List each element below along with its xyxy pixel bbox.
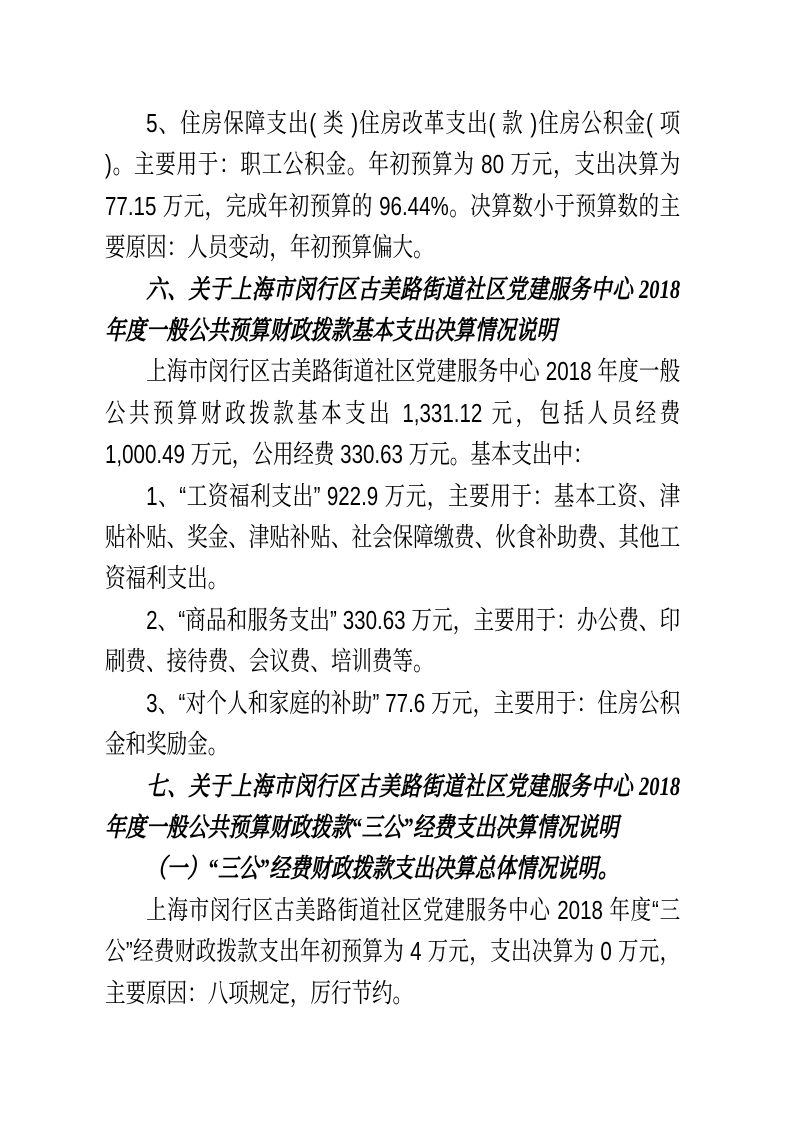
para-basic-expense-overview: 上海市闵行区古美路街道社区党建服务中心 2018 年度一般公共预算财政拨款基本支…	[105, 351, 680, 475]
para-individual-family-subsidy: 3、“对个人和家庭的补助” 77.6 万元，主要用于：住房公积金和奖励金。	[105, 683, 680, 766]
heading-section-seven-three-public-funds: 七、关于上海市闵行区古美路街道社区党建服务中心 2018 年度一般公共预算财政拨…	[105, 766, 680, 849]
heading-section-six-basic-expense: 六、关于上海市闵行区古美路街道社区党建服务中心 2018 年度一般公共预算财政拨…	[105, 269, 680, 352]
para-wage-welfare-expense: 1、“工资福利支出” 922.9 万元，主要用于：基本工资、津贴补贴、奖金、津贴…	[105, 476, 680, 600]
para-housing-security-expense: 5、住房保障支出( 类 )住房改革支出( 款 )住房公积金( 项 )。主要用于：…	[105, 103, 680, 269]
document-text-block: 5、住房保障支出( 类 )住房改革支出( 款 )住房公积金( 项 )。主要用于：…	[105, 103, 680, 1014]
document-page: 5、住房保障支出( 类 )住房改革支出( 款 )住房公积金( 项 )。主要用于：…	[0, 0, 793, 1122]
para-three-public-funds-detail: 上海市闵行区古美路街道社区党建服务中心 2018 年度“三公”经费财政拨款支出年…	[105, 890, 680, 1014]
heading-three-public-funds-overview: （一）“三公”经费财政拨款支出决算总体情况说明。	[105, 848, 680, 889]
para-goods-services-expense: 2、“商品和服务支出” 330.63 万元，主要用于：办公费、印刷费、接待费、会…	[105, 600, 680, 683]
